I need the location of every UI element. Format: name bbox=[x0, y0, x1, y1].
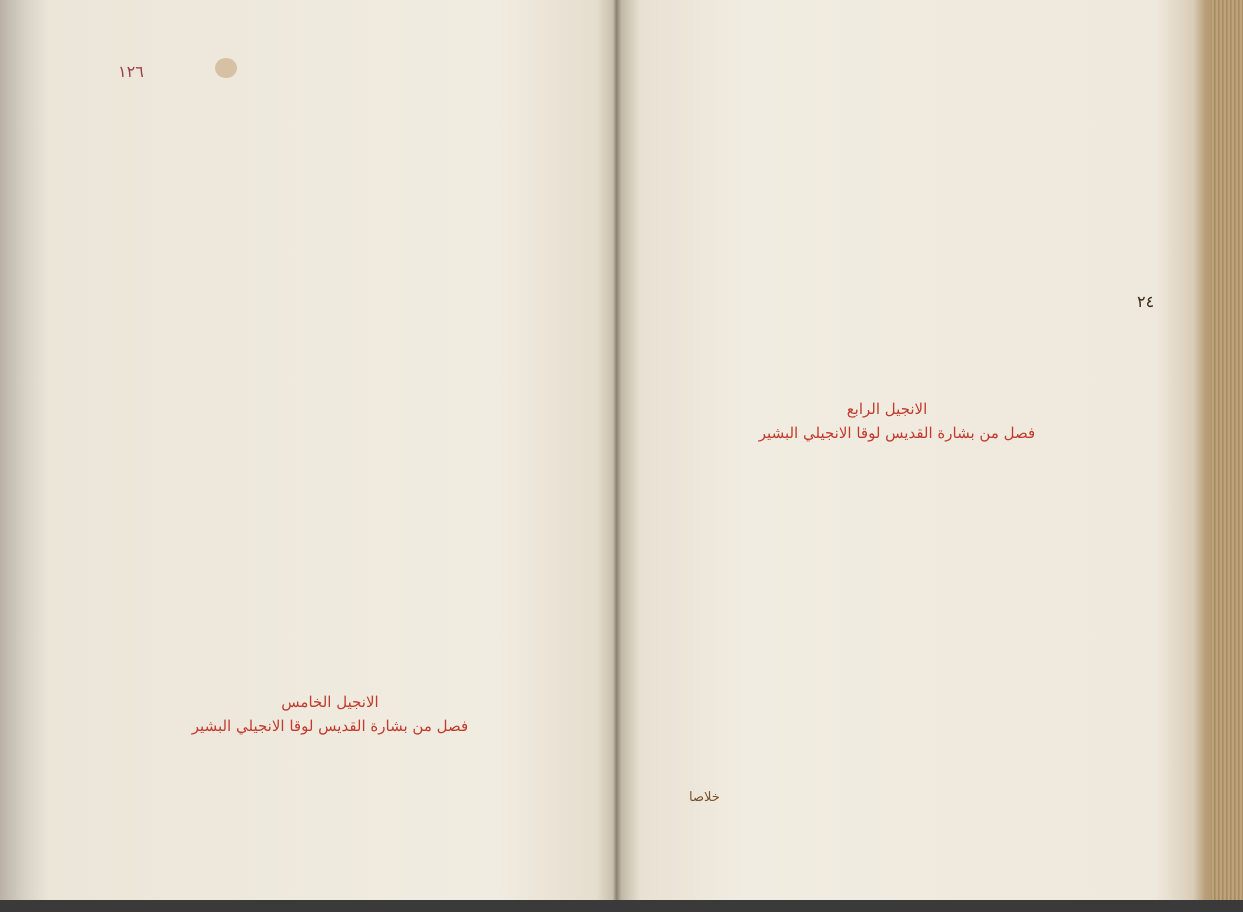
background bbox=[0, 900, 1243, 912]
right-page: ٢٤ الانجيل الرابع فصل من بشارة القديس لو… bbox=[617, 0, 1212, 912]
left-page: ١٢٦ الانجيل الخامس فصل من بشارة القديس ل… bbox=[20, 0, 610, 912]
stain bbox=[215, 58, 237, 78]
manuscript-spread: ١٢٦ الانجيل الخامس فصل من بشارة القديس ل… bbox=[0, 0, 1243, 912]
rubric-heading: الانجيل الرابع bbox=[737, 400, 1037, 418]
rubric-subheading: فصل من بشارة القديس لوقا الانجيلي البشير bbox=[140, 717, 520, 735]
catchword: خلاصا bbox=[689, 790, 720, 805]
folio-mark: ٢٤ bbox=[1137, 292, 1154, 311]
page-edges bbox=[1211, 0, 1243, 912]
rubric-subheading: فصل من بشارة القديس لوقا الانجيلي البشير bbox=[707, 424, 1087, 442]
folio-number: ١٢٦ bbox=[118, 62, 144, 81]
rubric-heading: الانجيل الخامس bbox=[180, 693, 480, 711]
